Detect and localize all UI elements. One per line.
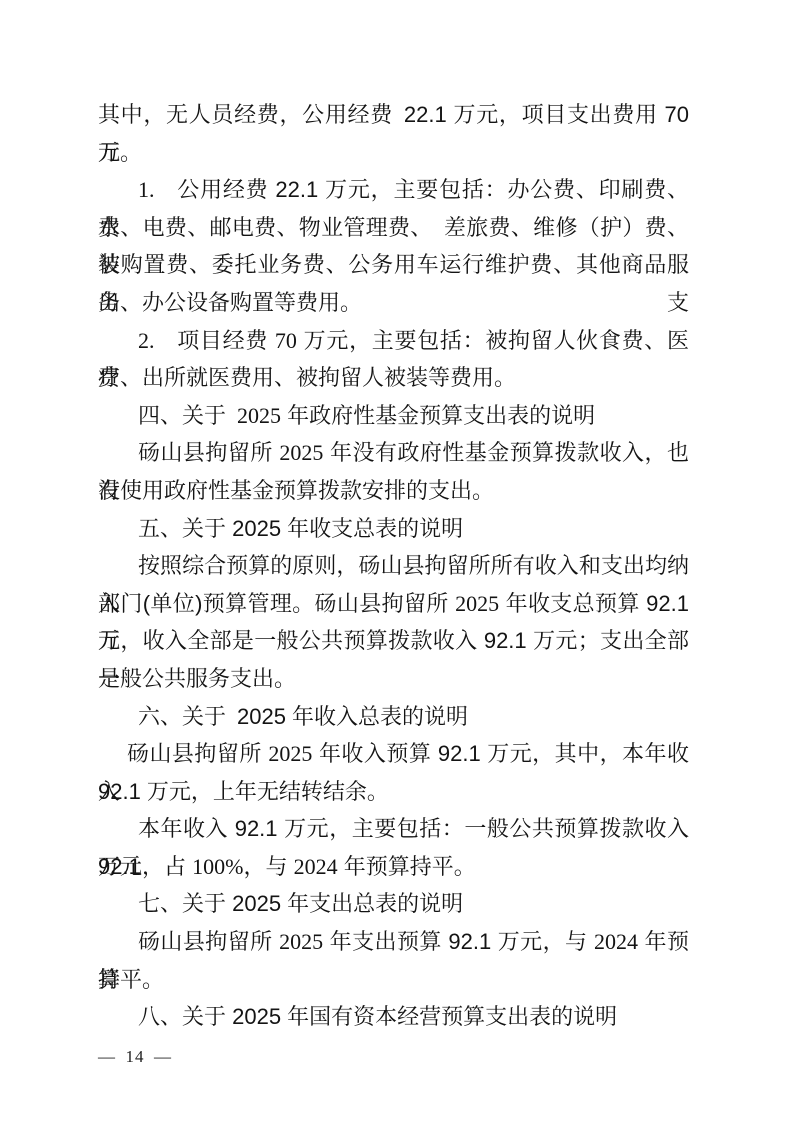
serif-number-run: 2025 (279, 929, 323, 954)
text-line: 元。 (98, 134, 689, 172)
body-text-run: 五、关于 2025 年收支总表的说明 (138, 516, 463, 541)
text-line: 费、出所就医费用、被拘留人被装等费用。 (98, 359, 689, 397)
body-text-run: 出、办公设备购置等费用。 (98, 290, 362, 315)
body-text-run: 砀山县拘留所 (138, 440, 279, 465)
body-text-run: 费、出所就医费用、被拘留人被装等费用。 (98, 365, 516, 390)
text-line: 本年收入 92.1 万元，主要包括：一般公共预算拨款收入 92.1 (98, 810, 689, 848)
text-line: 费、电费、邮电费、物业管理费、 差旅费、维修（护）费、被 (98, 209, 689, 247)
serif-number-run: 2024 (294, 854, 338, 879)
text-line: 有使用政府性基金预算拨款安排的支出。 (98, 472, 689, 510)
text-content: 其中，无人员经费，公用经费 22.1 万元，项目支出费用 70 万元。1. 公用… (98, 96, 689, 1036)
body-text-run: 万元，占 (98, 854, 192, 879)
serif-number-run: 2. (138, 328, 177, 353)
text-line: 万元，占 100%，与 2024 年预算持平。 (98, 848, 689, 886)
text-line: 其中，无人员经费，公用经费 22.1 万元，项目支出费用 70 万 (98, 96, 689, 134)
body-text-run: 砀山县拘留所 (138, 929, 279, 954)
text-line: 92.1 万元，上年无结转结余。 (98, 773, 689, 811)
serif-number-run: 100% (192, 854, 243, 879)
body-text-run: 有使用政府性基金预算拨款安排的支出。 (98, 478, 494, 503)
body-text-run: 项目经费 (177, 328, 275, 353)
serif-number-run: 2025 (268, 741, 312, 766)
page-number: — 14 — (98, 1047, 172, 1067)
text-line: 按照综合预算的原则，砀山县拘留所所有收入和支出均纳入 (98, 547, 689, 585)
document-page: 其中，无人员经费，公用经费 22.1 万元，项目支出费用 70 万元。1. 公用… (0, 0, 793, 1122)
text-line: 四、关于 2025 年政府性基金预算支出表的说明 (98, 397, 689, 435)
text-line: 八、关于 2025 年国有资本经营预算支出表的说明 (98, 998, 689, 1036)
body-text-run: 六、关于 2025 年收入总表的说明 (138, 704, 468, 729)
serif-number-run: 2025 (455, 591, 499, 616)
serif-number-run: 70 (275, 328, 297, 353)
body-text-run: 年预算持平。 (338, 854, 476, 879)
body-text-run: 一般公共服务支出。 (98, 666, 296, 691)
body-text-run: 92.1 万元，上年无结转结余。 (98, 779, 389, 804)
text-line: 2. 项目经费 70 万元，主要包括：被拘留人伙食费、医疗 (98, 322, 689, 360)
body-text-run: 持平。 (98, 967, 164, 992)
body-text-run: 年支出预算 92.1 万元，与 (323, 929, 594, 954)
serif-number-run: 2025 (279, 440, 323, 465)
text-line: 持平。 (98, 961, 689, 999)
serif-number-run: 2025 (237, 403, 281, 428)
body-text-run: 年政府性基金预算支出表的说明 (281, 403, 595, 428)
body-text-run: 部门(单位)预算管理。砀山县拘留所 (98, 591, 455, 616)
text-line: 砀山县拘留所 2025 年收入预算 92.1 万元，其中，本年收入 (98, 735, 689, 773)
text-line: 部门(单位)预算管理。砀山县拘留所 2025 年收支总预算 92.1 万 (98, 585, 689, 623)
body-text-run: 八、关于 2025 年国有资本经营预算支出表的说明 (138, 1004, 617, 1029)
body-text-run: ，与 (243, 854, 293, 879)
text-line: 一般公共服务支出。 (98, 660, 689, 698)
serif-number-run: 1. (138, 177, 177, 202)
text-line: 砀山县拘留所 2025 年没有政府性基金预算拨款收入，也没 (98, 434, 689, 472)
text-line: 砀山县拘留所 2025 年支出预算 92.1 万元，与 2024 年预算 (98, 923, 689, 961)
text-line: 五、关于 2025 年收支总表的说明 (98, 510, 689, 548)
body-text-run: 四、关于 (138, 403, 237, 428)
text-line: 元，收入全部是一般公共预算拨款收入 92.1 万元；支出全部是 (98, 622, 689, 660)
body-text-run: 元。 (98, 140, 142, 165)
text-line: 1. 公用经费 22.1 万元，主要包括：办公费、印刷费、水 (98, 171, 689, 209)
serif-number-run: 2024 (594, 929, 638, 954)
body-text-run: 七、关于 2025 年支出总表的说明 (138, 891, 463, 916)
text-line: 七、关于 2025 年支出总表的说明 (98, 885, 689, 923)
text-line: 装购置费、委托业务费、公务用车运行维护费、其他商品服务支 (98, 246, 689, 284)
body-text-run: 砀山县拘留所 (127, 741, 268, 766)
text-line: 六、关于 2025 年收入总表的说明 (98, 698, 689, 736)
